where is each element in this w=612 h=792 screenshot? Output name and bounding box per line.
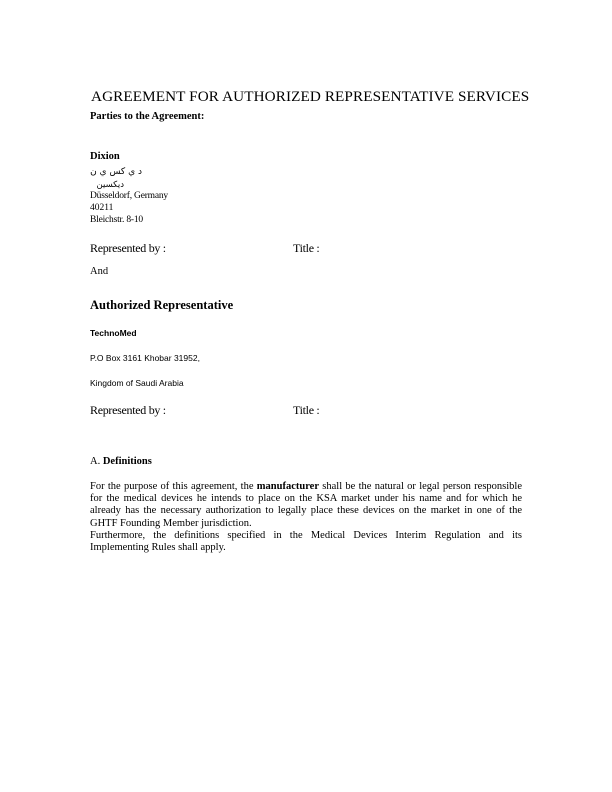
manufacturer-city: Düsseldorf, Germany xyxy=(90,191,168,201)
authorized-representative-name: TechnoMed xyxy=(90,328,137,338)
authorized-representative-address: P.O Box 3161 Khobar 31952, xyxy=(90,353,200,363)
definitions-body: For the purpose of this agreement, the m… xyxy=(90,481,522,554)
manufacturer-street: Bleichstr. 8-10 xyxy=(90,215,143,225)
definitions-paragraph-1: For the purpose of this agreement, the m… xyxy=(90,481,522,530)
definitions-section-letter: A. xyxy=(90,456,100,467)
manufacturer-postal-code: 40211 xyxy=(90,203,113,213)
manufacturer-arabic-name-line-1: د ي كس ي ن xyxy=(90,167,142,177)
manufacturer-name: Dixion xyxy=(90,151,120,162)
definitions-paragraph-2: Furthermore, the definitions specified i… xyxy=(90,530,522,554)
definitions-title: Definitions xyxy=(103,456,152,467)
manufacturer-term: manufacturer xyxy=(257,481,319,492)
representative-title-label: Title : xyxy=(293,403,319,418)
definitions-heading: A. Definitions xyxy=(90,456,152,467)
paragraph-text: For the purpose of this agreement, the xyxy=(90,481,257,492)
representative-represented-by-label: Represented by : xyxy=(90,403,166,418)
manufacturer-represented-by-label: Represented by : xyxy=(90,241,166,256)
authorized-representative-heading: Authorized Representative xyxy=(90,298,233,313)
manufacturer-title-label: Title : xyxy=(293,241,319,256)
and-label: And xyxy=(90,266,108,277)
document-title: AGREEMENT FOR AUTHORIZED REPRESENTATIVE … xyxy=(91,88,529,106)
authorized-representative-country: Kingdom of Saudi Arabia xyxy=(90,378,184,388)
parties-heading: Parties to the Agreement: xyxy=(90,111,204,122)
manufacturer-arabic-name-line-2: ديكسين xyxy=(94,180,124,190)
